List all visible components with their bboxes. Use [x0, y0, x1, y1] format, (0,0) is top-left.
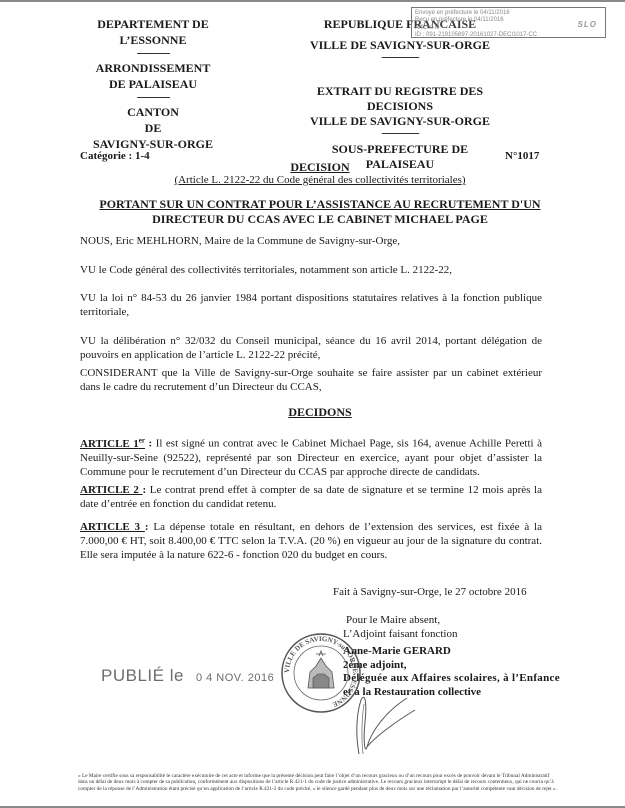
register-title: EXTRAIT DU REGISTRE DES DECISIONS	[300, 84, 500, 114]
separator: --------------	[78, 48, 228, 60]
signatory-delegation-1: Déléguée aux Affaires scolaires, à l’Enf…	[343, 672, 560, 686]
register-block: EXTRAIT DU REGISTRE DES DECISIONS VILLE …	[300, 84, 500, 172]
preamble-nous: NOUS, Eric MEHLHORN, Maire de la Commune…	[80, 234, 542, 248]
for-mayor: Pour le Maire absent,	[343, 614, 560, 628]
acting-deputy: L’Adjoint faisant fonction	[343, 628, 560, 642]
preamble-vu-code: VU le Code général des collectivités ter…	[80, 263, 542, 277]
stamp-id: ID : 091-219105897-20161027-DECI1017-CC	[415, 32, 602, 39]
separator: ----------------	[300, 129, 500, 139]
stamp-posted: Affiché le	[415, 25, 602, 32]
signatory-rank: 2ème adjoint,	[343, 659, 560, 673]
preamble-considerant: CONSIDERANT que la Ville de Savigny-sur-…	[80, 366, 542, 394]
canton-line2: DE	[78, 120, 228, 136]
article-2-label: ARTICLE 2	[80, 484, 142, 496]
department-line2: L’ESSONNE	[78, 32, 228, 48]
handwritten-signature-icon	[345, 692, 445, 757]
article-2-text: Le contrat prend effet à compter de sa d…	[80, 484, 542, 510]
separator: --------------	[78, 92, 228, 104]
published-label: PUBLIÉ le	[101, 666, 184, 685]
decidons-heading: DECIDONS	[0, 405, 625, 420]
city-title: VILLE DE SAVIGNY-SUR-ORGE	[300, 37, 500, 53]
article-sep: :	[142, 484, 149, 496]
document-page: DEPARTEMENT DE L’ESSONNE -------------- …	[0, 0, 625, 808]
arrondissement-line1: ARRONDISSEMENT	[78, 60, 228, 76]
department-line1: DEPARTEMENT DE	[78, 16, 228, 32]
slo-logo-icon: SLO	[578, 21, 597, 28]
preamble-vu-loi: VU la loi n° 84-53 du 26 janvier 1984 po…	[80, 291, 542, 319]
published-stamp: PUBLIÉ le0 4 NOV. 2016	[101, 666, 274, 686]
object-line2: DIRECTEUR DU CCAS AVEC LE CABINET MICHAE…	[80, 212, 560, 227]
article-sep: :	[145, 438, 156, 450]
article-2: ARTICLE 2 : Le contrat prend effet à com…	[80, 483, 542, 511]
published-date: 0 4 NOV. 2016	[196, 672, 274, 684]
signatory-name: Anne-Marie GERARD	[343, 645, 560, 659]
stamp-received: Reçu en préfecture le 04/11/2016	[415, 17, 602, 24]
article-3-label: ARTICLE 3	[80, 521, 145, 533]
object-line1: PORTANT SUR UN CONTRAT POUR L’ASSISTANCE…	[80, 197, 560, 212]
article-3: ARTICLE 3 : La dépense totale en résulta…	[80, 520, 542, 562]
decision-object: PORTANT SUR UN CONTRAT POUR L’ASSISTANCE…	[80, 197, 560, 227]
separator: ----------------	[300, 53, 500, 63]
register-city: VILLE DE SAVIGNY-SUR-ORGE	[300, 114, 500, 129]
arrondissement-line2: DE PALAISEAU	[78, 76, 228, 92]
decision-title: DECISION	[0, 160, 625, 175]
preamble-vu-deliberation: VU la délibération n° 32/032 du Conseil …	[80, 334, 542, 362]
stamp-sent: Envoyé en préfecture le 04/11/2016	[415, 10, 602, 17]
article-1-label: ARTICLE 1er	[80, 438, 145, 450]
place-and-date: Fait à Savigny-sur-Orge, le 27 octobre 2…	[333, 586, 527, 598]
header-left-block: DEPARTEMENT DE L’ESSONNE -------------- …	[78, 16, 228, 152]
legal-footnote: « Le Maire certifie sous sa responsabili…	[78, 773, 558, 792]
canton-line1: CANTON	[78, 104, 228, 120]
article-1: ARTICLE 1er : Il est signé un contrat av…	[80, 433, 542, 479]
signature-block: Pour le Maire absent, L’Adjoint faisant …	[343, 614, 560, 699]
prefecture-stamp: Envoyé en préfecture le 04/11/2016 Reçu …	[411, 7, 606, 38]
decision-legal-basis: (Article L. 2122-22 du Code général des …	[0, 174, 625, 186]
